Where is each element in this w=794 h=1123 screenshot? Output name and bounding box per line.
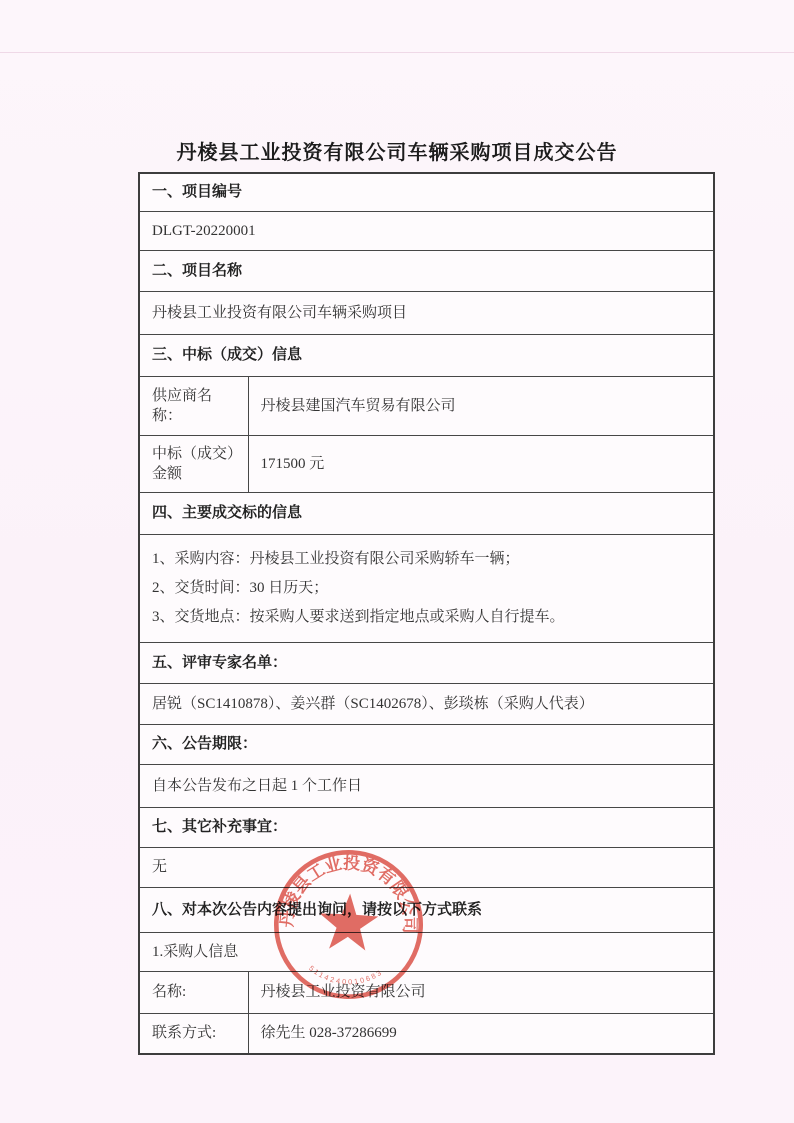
section-3-header: 三、中标（成交）信息 <box>139 335 714 377</box>
section-8-header: 八、对本次公告内容提出询问，请按以下方式联系 <box>139 888 714 933</box>
row-purchaser-contact: 联系方式: 徐先生 028-37286699 <box>139 1014 714 1055</box>
row-supplier: 供应商名称： 丹棱县建国汽车贸易有限公司 <box>139 377 714 436</box>
row-deal-info-content: 1、采购内容：丹棱县工业投资有限公司采购轿车一辆； 2、交货时间：30 日历天；… <box>139 535 714 643</box>
purchaser-name-label: 名称: <box>139 972 248 1014</box>
row-other-matters-header: 七、其它补充事宜： <box>139 808 714 848</box>
row-project-number-header: 一、项目编号 <box>139 173 714 212</box>
announcement-table: 一、项目编号 DLGT-20220001 二、项目名称 丹棱县工业投资有限公司车… <box>138 172 715 1055</box>
deal-line-delivery-time: 2、交货时间：30 日历天； <box>152 574 701 603</box>
deal-info-content: 1、采购内容：丹棱县工业投资有限公司采购轿车一辆； 2、交货时间：30 日历天；… <box>139 535 714 643</box>
row-contact-header: 八、对本次公告内容提出询问，请按以下方式联系 <box>139 888 714 933</box>
purchaser-info-subheader: 1.采购人信息 <box>139 933 714 972</box>
row-purchaser-info-subheader: 1.采购人信息 <box>139 933 714 972</box>
row-project-name-header: 二、项目名称 <box>139 251 714 292</box>
row-project-number-value: DLGT-20220001 <box>139 212 714 251</box>
section-4-header: 四、主要成交标的信息 <box>139 493 714 535</box>
purchaser-contact-value: 徐先生 028-37286699 <box>248 1014 714 1055</box>
section-2-header: 二、项目名称 <box>139 251 714 292</box>
row-award-info-header: 三、中标（成交）信息 <box>139 335 714 377</box>
row-purchaser-name: 名称: 丹棱县工业投资有限公司 <box>139 972 714 1014</box>
scan-artifact-line <box>0 52 794 53</box>
purchaser-contact-label: 联系方式: <box>139 1014 248 1055</box>
experts-value: 居锐（SC1410878）、姜兴群（SC1402678）、彭琰栋（采购人代表） <box>139 684 714 725</box>
supplier-value: 丹棱县建国汽车贸易有限公司 <box>248 377 714 436</box>
row-experts-value: 居锐（SC1410878）、姜兴群（SC1402678）、彭琰栋（采购人代表） <box>139 684 714 725</box>
row-experts-header: 五、评审专家名单： <box>139 643 714 684</box>
row-deal-info-header: 四、主要成交标的信息 <box>139 493 714 535</box>
project-name-value: 丹棱县工业投资有限公司车辆采购项目 <box>139 292 714 335</box>
deal-line-delivery-place: 3、交货地点：按采购人要求送到指定地点或采购人自行提车。 <box>152 603 701 632</box>
row-announcement-period-header: 六、公告期限： <box>139 725 714 765</box>
scanned-announcement-page: { "page": { "title": "丹棱县工业投资有限公司车辆采购项目成… <box>0 0 794 1123</box>
deal-line-content: 1、采购内容：丹棱县工业投资有限公司采购轿车一辆； <box>152 545 701 574</box>
project-number-value: DLGT-20220001 <box>139 212 714 251</box>
purchaser-name-value: 丹棱县工业投资有限公司 <box>248 972 714 1014</box>
row-announcement-period-value: 自本公告发布之日起 1 个工作日 <box>139 765 714 808</box>
section-6-header: 六、公告期限： <box>139 725 714 765</box>
section-7-header: 七、其它补充事宜： <box>139 808 714 848</box>
row-award-amount: 中标（成交）金额 171500 元 <box>139 436 714 493</box>
other-matters-value: 无 <box>139 848 714 888</box>
amount-label: 中标（成交）金额 <box>139 436 248 493</box>
page-title: 丹棱县工业投资有限公司车辆采购项目成交公告 <box>0 136 794 165</box>
amount-value: 171500 元 <box>248 436 714 493</box>
section-5-header: 五、评审专家名单： <box>139 643 714 684</box>
row-other-matters-value: 无 <box>139 848 714 888</box>
section-1-header: 一、项目编号 <box>139 173 714 212</box>
supplier-label: 供应商名称： <box>139 377 248 436</box>
announcement-period-value: 自本公告发布之日起 1 个工作日 <box>139 765 714 808</box>
row-project-name-value: 丹棱县工业投资有限公司车辆采购项目 <box>139 292 714 335</box>
